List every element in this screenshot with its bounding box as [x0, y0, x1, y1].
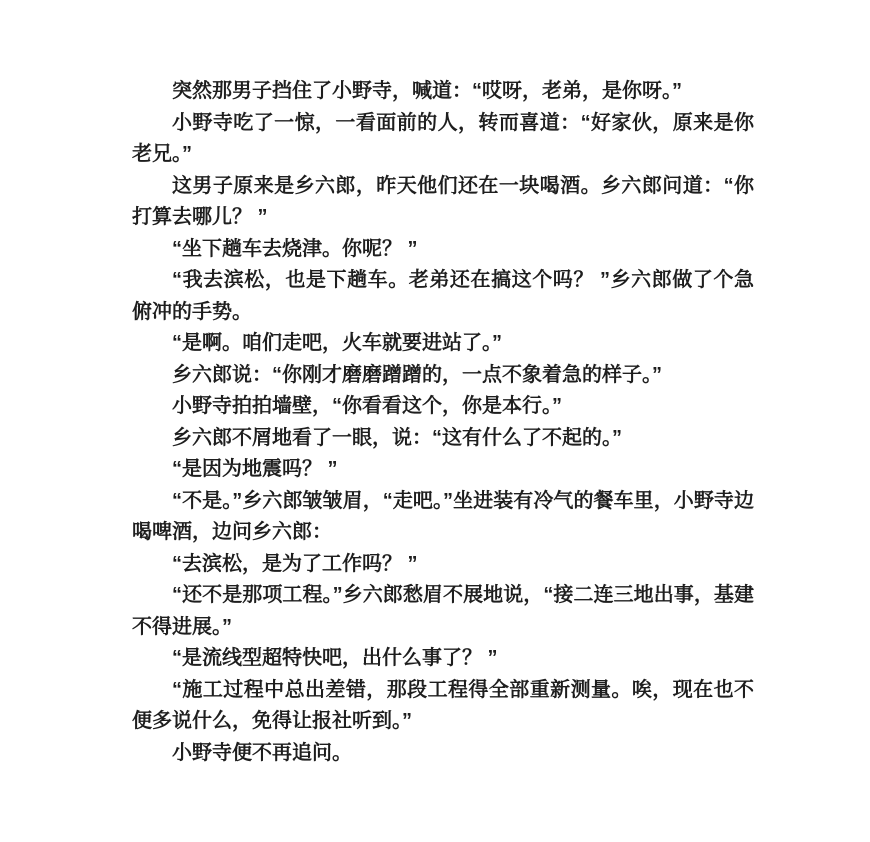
- paragraph: “是流线型超特快吧，出什么事了？ ”: [132, 643, 754, 675]
- paragraph: 乡六郎不屑地看了一眼，说：“这有什么了不起的。”: [132, 423, 754, 455]
- paragraph: 乡六郎说：“你刚才磨磨蹭蹭的，一点不象着急的样子。”: [132, 360, 754, 392]
- document-page: 突然那男子挡住了小野寺，喊道：“哎呀，老弟，是你呀。”小野寺吃了一惊，一看面前的…: [0, 0, 870, 842]
- paragraph: “是啊。咱们走吧，火车就要进站了。”: [132, 328, 754, 360]
- paragraph: “是因为地震吗？ ”: [132, 454, 754, 486]
- text-block: 突然那男子挡住了小野寺，喊道：“哎呀，老弟，是你呀。”小野寺吃了一惊，一看面前的…: [132, 76, 754, 769]
- paragraph: 小野寺拍拍墙壁，“你看看这个，你是本行。”: [132, 391, 754, 423]
- paragraph: “坐下趟车去烧津。你呢？ ”: [132, 234, 754, 266]
- paragraph: 突然那男子挡住了小野寺，喊道：“哎呀，老弟，是你呀。”: [132, 76, 754, 108]
- paragraph: “还不是那项工程。”乡六郎愁眉不展地说，“接二连三地出事，基建不得进展。”: [132, 580, 754, 643]
- paragraph: “去滨松，是为了工作吗？ ”: [132, 549, 754, 581]
- paragraph: “施工过程中总出差错，那段工程得全部重新测量。唉，现在也不便多说什么，免得让报社…: [132, 675, 754, 738]
- paragraph: “不是。”乡六郎皱皱眉，“走吧。”坐进装有冷气的餐车里，小野寺边喝啤酒，边问乡六…: [132, 486, 754, 549]
- paragraph: “我去滨松，也是下趟车。老弟还在搞这个吗？ ”乡六郎做了个急俯冲的手势。: [132, 265, 754, 328]
- paragraph: 这男子原来是乡六郎，昨天他们还在一块喝酒。乡六郎问道：“你打算去哪儿？ ”: [132, 171, 754, 234]
- paragraph: 小野寺便不再追问。: [132, 738, 754, 770]
- paragraph: 小野寺吃了一惊，一看面前的人，转而喜道：“好家伙，原来是你老兄。”: [132, 108, 754, 171]
